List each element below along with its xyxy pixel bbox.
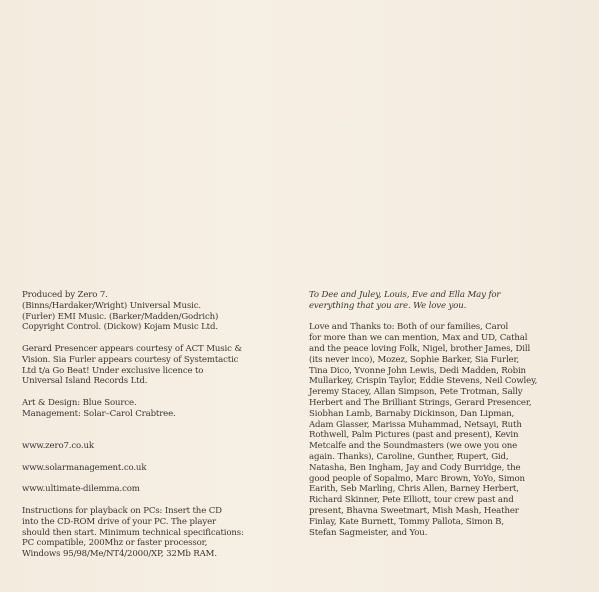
url-solar: www.solarmanagement.co.uk <box>22 463 146 473</box>
dedication: To Dee and Juley, Louis, Eve and Ella Ma… <box>309 290 594 312</box>
liner-notes-page: Produced by Zero 7. (Binns/Hardaker/Wrig… <box>0 0 599 592</box>
url-ultimate-dilemma: www.ultimate-dilemma.com <box>22 484 140 494</box>
thanks-list: Love and Thanks to: Both of our families… <box>309 322 594 538</box>
courtesy-notice: Gerard Presencer appears courtesy of ACT… <box>22 344 292 387</box>
design-management: Art & Design: Blue Source. Management: S… <box>22 398 292 420</box>
url-zero7: www.zero7.co.uk <box>22 441 94 451</box>
right-column: To Dee and Juley, Louis, Eve and Ella Ma… <box>309 290 594 549</box>
playback-instructions: Instructions for playback on PCs: Insert… <box>22 506 292 560</box>
left-column: Produced by Zero 7. (Binns/Hardaker/Wrig… <box>22 290 292 571</box>
url-list: www.zero7.co.uk www.solarmanagement.co.u… <box>22 430 292 495</box>
production-credits: Produced by Zero 7. (Binns/Hardaker/Wrig… <box>22 290 292 333</box>
